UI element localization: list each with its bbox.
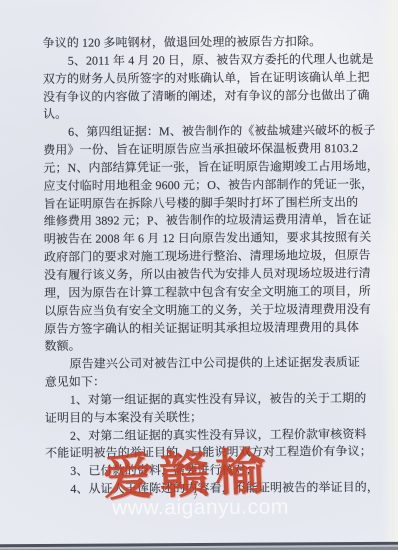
document-line: 认。 <box>43 104 369 124</box>
document-line: 没有履行该义务，所以由被告代为安排人员对现场垃圾进行清 <box>44 265 370 285</box>
scanner-edge-strip <box>378 0 398 542</box>
document-line: 维修费用 3892 元；P、被告制作的垃圾清运费用清单，旨在证 <box>44 211 370 231</box>
document-text: 争议的 120 多吨钢材，做退回处理的被原告方扣除。5、2011 年 4 月 2… <box>43 33 372 499</box>
document-line: 应支付临时用地租金 9600 元；O、被告内部制作的凭证一张， <box>43 176 369 196</box>
document-line: 意见如下： <box>45 372 371 392</box>
document-line: 1、对第一组证据的真实性没有异议，被告的关于工期的 <box>45 390 371 410</box>
document-line: 证明目的与本案没有关联性； <box>45 408 371 428</box>
document-line: 理，因为原告在计算工程款中包含有安全文明施工的项目，所 <box>44 283 370 303</box>
scanned-page: 争议的 120 多吨钢材，做退回处理的被原告方扣除。5、2011 年 4 月 2… <box>0 0 398 547</box>
document-line: 2、对第二组证据的真实性没有异议，工程价款审核资料 <box>45 426 371 446</box>
document-line: 原告建兴公司对被告江中公司提供的上述证据发表质证 <box>45 354 371 374</box>
document-line: 原告方签字确认的相关证据证明其承担垃圾清理费用的具体 <box>44 318 370 338</box>
document-line: 以原告应当负有安全文明施工的义务，关于垃圾清理费用没有 <box>44 301 370 321</box>
document-line: 政府部门的要求对施工现场进行整治、清理场地垃圾，但原告 <box>44 247 370 267</box>
document-line: 没有争议的内容做了清晰的阐述，对有争议的部分也做出了确 <box>43 86 369 106</box>
document-line: 6、第四组证据：M、被告制作的《被盐城建兴破坏的板子 <box>43 122 369 142</box>
document-line: 费用》一份、旨在证明原告应当承担破坏保温板费用 8103.2 <box>43 140 369 160</box>
document-line: 明被告在 2008 年 6 月 12 日向原告发出通知，要求其按照有关 <box>44 229 370 249</box>
document-line: 双方的财务人员所签字的对账确认单，旨在证明该确认单上把 <box>43 69 369 89</box>
document-line: 数额。 <box>44 336 370 356</box>
document-line: 元；N、内部结算凭证一张，旨在证明原告逾期竣工占用场地， <box>43 158 369 178</box>
document-line: 5、2011 年 4 月 20 日，原、被告双方委托的代理人也就是 <box>43 51 369 71</box>
document-line: 旨在证明原告在拆除八号楼的脚手架时打坏了围栏所支出的 <box>44 194 370 214</box>
scan-viewport: 争议的 120 多吨钢材，做退回处理的被原告方扣除。5、2011 年 4 月 2… <box>0 0 398 550</box>
document-line: 争议的 120 多吨钢材，做退回处理的被原告方扣除。 <box>43 33 369 53</box>
site-url-watermark: www.aiganyu.com <box>112 495 289 520</box>
